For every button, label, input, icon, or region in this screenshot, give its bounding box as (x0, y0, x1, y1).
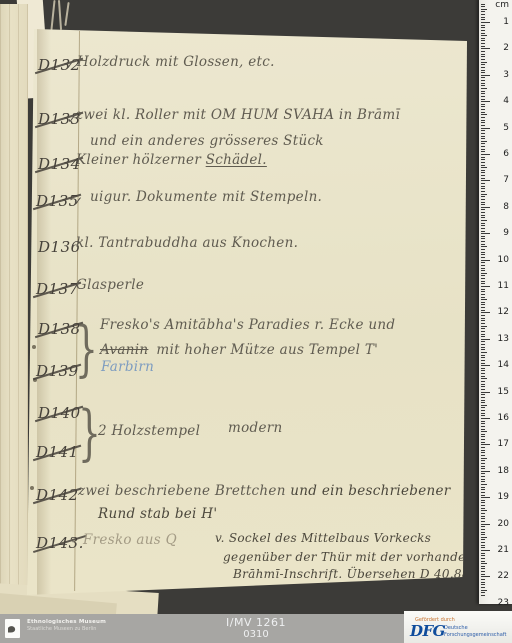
ruler-tick (481, 270, 485, 271)
ruler-tick (481, 304, 485, 305)
ruler-tick (481, 576, 490, 577)
ruler-tick (481, 582, 485, 583)
ruler: cm 1234567891011121314151617181920212223 (479, 0, 512, 604)
ruler-tick (481, 407, 485, 408)
ruler-tick (481, 452, 485, 453)
ruler-tick (481, 67, 485, 68)
dfg-logo: DFG (410, 622, 445, 640)
ruler-tick (481, 555, 485, 556)
ruler-tick (481, 508, 485, 509)
ruler-tick (481, 17, 485, 18)
ruler-tick (481, 397, 485, 398)
check-mark: ✓ (65, 58, 75, 72)
ruler-tick (481, 547, 485, 548)
ruler-tick (481, 59, 485, 60)
ruler-tick (481, 238, 485, 239)
ruler-tick (481, 392, 490, 393)
ruler-tick (481, 532, 485, 533)
ruler-tick (481, 568, 485, 569)
ruler-tick (481, 260, 490, 261)
entry-text-d133-line2: und ein anderes grösseres Stück (90, 134, 324, 149)
ruler-tick (481, 143, 485, 144)
ruler-tick (481, 468, 485, 469)
ruler-tick (481, 595, 485, 596)
ruler-tick (481, 447, 485, 448)
entry-text-d140: 2 Holzstempel (98, 424, 200, 439)
ruler-tick (481, 502, 485, 503)
ruler-tick (481, 51, 485, 52)
binding-thread (58, 0, 62, 30)
ruler-number: 8 (503, 202, 509, 212)
ruler-tick (481, 357, 485, 358)
ruler-tick (481, 246, 487, 247)
ruler-tick (481, 402, 485, 403)
museum-name: Ethnologisches Museum (27, 619, 106, 625)
ruler-tick (481, 283, 485, 284)
ruler-tick (481, 526, 485, 527)
ruler-tick (481, 43, 485, 44)
ruler-tick (481, 48, 490, 49)
ruler-tick (481, 149, 485, 150)
ruler-tick (481, 471, 490, 472)
museum-logo-glyph (5, 619, 20, 638)
ruler-tick (481, 487, 485, 488)
ruler-tick (481, 299, 487, 300)
binding-thread (64, 2, 69, 26)
ruler-tick (481, 254, 485, 255)
ruler-tick (481, 175, 485, 176)
ruler-tick (481, 473, 485, 474)
ruler-tick (481, 77, 485, 78)
ruler-tick (481, 341, 485, 342)
facing-page-edge (0, 4, 28, 616)
ruler-number: 4 (503, 96, 509, 106)
ruler-tick (481, 413, 485, 414)
ruler-tick (481, 202, 485, 203)
ruler-tick (481, 355, 485, 356)
ruler-tick (481, 423, 485, 424)
ruler-tick (481, 146, 485, 147)
entry-text-d133-line1: zwei kl. Roller mit OM HUM SVAHA in Brām… (76, 108, 400, 123)
ruler-tick (481, 62, 487, 63)
ruler-tick (481, 96, 485, 97)
ruler-number: 3 (503, 70, 509, 80)
ruler-tick (481, 584, 485, 585)
ruler-tick (481, 128, 490, 129)
ruler-tick (481, 199, 485, 200)
binding-thread (50, 0, 55, 30)
ruler-tick (481, 484, 487, 485)
ruler-tick (481, 455, 485, 456)
ruler-tick (481, 381, 485, 382)
ruler-tick (481, 99, 485, 100)
ruler-unit-label: cm (495, 0, 509, 10)
entry-text-d138-line1: Fresko's Amitābha's Paradies r. Ecke und (100, 318, 395, 333)
ruler-tick (481, 463, 485, 464)
entry-text-part: Kleiner hölzerner (76, 152, 206, 168)
ruler-tick (481, 450, 485, 451)
binding-hole (32, 345, 36, 349)
ruler-tick (481, 33, 485, 34)
ruler-tick (481, 249, 485, 250)
ruler-tick (481, 27, 485, 28)
entry-text-part: zwei beschriebene Brettchen (78, 483, 290, 499)
ruler-tick (481, 492, 485, 493)
ruler-tick (481, 46, 485, 47)
ruler-tick (481, 363, 485, 364)
ruler-tick (481, 323, 485, 324)
entry-number-d136: D136 (38, 238, 81, 256)
ruler-tick (481, 373, 485, 374)
ruler-number: 6 (503, 149, 509, 159)
entry-text-d142-line1: zwei beschriebene Brettchen und ein besc… (78, 484, 451, 499)
ruler-tick (481, 539, 485, 540)
entry-text-d143-line1: v. Sockel des Mittelbaus Vorkecks (215, 532, 431, 545)
ruler-tick (481, 415, 485, 416)
ruler-tick (481, 553, 485, 554)
ruler-tick (481, 334, 485, 335)
ruler-tick (481, 278, 485, 279)
ruler-number: 21 (498, 545, 509, 555)
entry-number-d137: D137 (36, 280, 79, 298)
ruler-tick (481, 194, 487, 195)
ruler-tick (481, 19, 485, 20)
ruler-tick (481, 561, 485, 562)
ruler-tick (481, 141, 487, 142)
ruler-tick (481, 117, 485, 118)
ruler-tick (481, 91, 485, 92)
ruler-tick (481, 328, 485, 329)
ruler-tick (481, 138, 485, 139)
ruler-number: 9 (503, 228, 509, 238)
entry-number-d140: D140 (38, 404, 81, 422)
dfg-org-line2: Forschungsgemeinschaft (444, 632, 506, 638)
ruler-tick (481, 365, 490, 366)
entry-text-d143-faint: Fresko aus Q (83, 533, 177, 548)
ruler-tick (481, 54, 485, 55)
entry-number-d142: D142 (36, 486, 79, 504)
ruler-tick (481, 228, 485, 229)
entry-text-d136: kl. Tantrabuddha aus Knochen. (76, 236, 298, 251)
ruler-tick (481, 529, 485, 530)
ruler-tick (481, 75, 490, 76)
ruler-number: 2 (503, 43, 509, 53)
ruler-tick (481, 120, 485, 121)
ruler-tick (481, 495, 485, 496)
ruler-tick (481, 22, 490, 23)
ruler-tick (481, 186, 485, 187)
ruler-tick (481, 524, 490, 525)
ruler-tick (481, 400, 485, 401)
ruler-tick (481, 257, 485, 258)
ruler-tick (481, 104, 485, 105)
dfg-logo-patch: Gefördert durch DFG Deutsche Forschungsg… (404, 611, 512, 643)
ruler-tick (481, 209, 485, 210)
ruler-tick (481, 101, 490, 102)
grouping-brace: } (75, 313, 98, 385)
ruler-tick (481, 64, 485, 65)
ruler-tick (481, 481, 485, 482)
entry-text-d138-line2: Avaninmit hoher Mütze aus Tempel T' (100, 343, 378, 358)
ruler-tick (481, 339, 490, 340)
entry-number-d134: D134 (38, 155, 81, 173)
ruler-tick (481, 431, 487, 432)
ruler-tick (481, 592, 485, 593)
ruler-tick (481, 56, 485, 57)
ruler-number: 7 (503, 175, 509, 185)
ruler-tick (481, 30, 485, 31)
ruler-tick (481, 587, 485, 588)
ruler-tick (481, 571, 485, 572)
ruler-tick (481, 88, 487, 89)
ruler-tick (481, 114, 487, 115)
ruler-tick (481, 318, 485, 319)
ruler-tick (481, 165, 485, 166)
ruler-tick (481, 574, 485, 575)
ruler-number: 20 (498, 519, 509, 529)
ruler-tick (481, 426, 485, 427)
ruler-tick (481, 347, 485, 348)
entry-text-part: mit hoher Mütze aus Tempel T' (156, 342, 378, 358)
ruler-tick (481, 244, 485, 245)
entry-text-d137: Glasperle (76, 278, 144, 293)
ruler-tick (481, 579, 485, 580)
ruler-tick (481, 162, 485, 163)
entry-number-d141: D141 (36, 443, 79, 461)
ruler-tick (481, 590, 487, 591)
ruler-tick (481, 476, 485, 477)
ruler-tick (481, 40, 485, 41)
ruler-tick (481, 122, 485, 123)
ruler-tick (481, 25, 485, 26)
ruler-tick (481, 410, 485, 411)
ruler-tick (481, 439, 485, 440)
ruler-tick (481, 444, 490, 445)
ruler-tick (481, 252, 485, 253)
notebook-page: D132 ✓ Holzdruck mit Glossen, etc. D133 … (27, 29, 470, 595)
ruler-tick (481, 191, 485, 192)
ruler-tick (481, 231, 485, 232)
ruler-tick (481, 170, 485, 171)
ruler-tick (481, 268, 485, 269)
dfg-org-line1: Deutsche (444, 625, 468, 631)
ruler-tick (481, 291, 485, 292)
ruler-tick (481, 159, 485, 160)
ruler-tick (481, 38, 485, 39)
ruler-tick (481, 125, 485, 126)
ruler-tick (481, 178, 485, 179)
entry-text-d135: uigur. Dokumente mit Stempeln. (90, 190, 322, 205)
ruler-tick (481, 386, 485, 387)
ruler-tick (481, 307, 485, 308)
ruler-tick (481, 558, 485, 559)
ruler-tick (481, 157, 485, 158)
ruler-tick (481, 542, 485, 543)
ruler-tick (481, 83, 485, 84)
ruler-tick (481, 513, 485, 514)
entry-text-d134: Kleiner hölzerner Schädel. (76, 153, 267, 168)
ruler-tick (481, 106, 485, 107)
ruler-tick (481, 466, 485, 467)
ruler-tick (481, 109, 485, 110)
ruler-tick (481, 196, 485, 197)
ruler-tick (481, 489, 485, 490)
ruler-tick (481, 421, 485, 422)
ruler-tick (481, 289, 485, 290)
ruler-tick (481, 207, 490, 208)
museum-org: Staatliche Museen zu Berlin (27, 626, 96, 632)
entry-number-d139: D139 (36, 362, 79, 380)
ruler-tick (481, 273, 487, 274)
ruler-tick (481, 180, 490, 181)
ruler-tick (481, 497, 490, 498)
ruler-number: 23 (498, 598, 509, 608)
ruler-number: 10 (498, 255, 509, 265)
ruler-tick (481, 352, 487, 353)
ruler-tick (481, 130, 485, 131)
check-mark: ✓ (73, 194, 83, 208)
underlined-word: Schädel. (206, 152, 267, 168)
ruler-number: 1 (503, 17, 509, 27)
ruler-number: 14 (498, 360, 509, 370)
ruler-tick (481, 500, 485, 501)
ruler-tick (481, 297, 485, 298)
ruler-tick (481, 458, 487, 459)
archive-reference-id: I/MV 1261 (226, 616, 286, 629)
ruler-tick (481, 262, 485, 263)
ruler-tick (481, 429, 485, 430)
ruler-tick (481, 14, 485, 15)
ruler-tick (481, 331, 485, 332)
ruler-tick (481, 537, 487, 538)
ruler-tick (481, 336, 485, 337)
ruler-tick (481, 510, 487, 511)
ruler-number: 18 (498, 466, 509, 476)
ruler-tick (481, 479, 485, 480)
ruler-tick (481, 460, 485, 461)
ruler-number: 13 (498, 334, 509, 344)
ruler-tick (481, 136, 485, 137)
ruler-tick (481, 154, 490, 155)
ruler-tick (481, 70, 485, 71)
ruler-tick (481, 384, 485, 385)
ruler-tick (481, 389, 485, 390)
ruler-tick (481, 378, 487, 379)
ruler-tick (481, 349, 485, 350)
ruler-number: 11 (498, 281, 509, 291)
ruler-tick (481, 6, 485, 7)
ruler-number: 12 (498, 307, 509, 317)
ruler-tick (481, 368, 485, 369)
ruler-tick (481, 521, 485, 522)
ruler-tick (481, 241, 485, 242)
ruler-tick (481, 35, 487, 36)
ruler-tick (481, 394, 485, 395)
ruler-tick (481, 405, 487, 406)
ruler-tick (481, 112, 485, 113)
ruler-number: 5 (503, 123, 509, 133)
ruler-number: 15 (498, 387, 509, 397)
entry-text-d142-line2: Rund stab bei H' (98, 507, 217, 522)
ruler-tick (481, 225, 485, 226)
ruler-tick (481, 85, 485, 86)
ruler-tick (481, 220, 487, 221)
ruler-tick (481, 80, 485, 81)
ruler-tick (481, 516, 485, 517)
ruler-tick (481, 172, 485, 173)
ruler-tick (481, 326, 487, 327)
ruler-tick (481, 302, 485, 303)
ruler-tick (481, 320, 485, 321)
ruler-tick (481, 370, 485, 371)
ruler-tick (481, 236, 485, 237)
ruler-tick (481, 294, 485, 295)
ruler-tick (481, 434, 485, 435)
ruler-tick (481, 360, 485, 361)
entry-text-part-ink: und ein beschriebener (290, 483, 450, 499)
ruler-number: 19 (498, 492, 509, 502)
ruler-tick (481, 11, 485, 12)
ruler-tick (481, 217, 485, 218)
ruler-tick (481, 204, 485, 205)
ruler-tick (481, 312, 490, 313)
ruler-tick (481, 442, 485, 443)
ruler-tick (481, 376, 485, 377)
ruler-number: 16 (498, 413, 509, 423)
blue-correction-word: Farbirn (101, 360, 154, 375)
ruler-tick (481, 563, 487, 564)
ruler-tick (481, 133, 485, 134)
museum-logo (5, 619, 20, 638)
archive-page-number: 0310 (243, 629, 268, 640)
ruler-tick (481, 315, 485, 316)
entry-text-d143-line3: Brāhmī-Inschrift. Übersehen D 40.88 (233, 568, 470, 581)
ruler-tick (481, 167, 487, 168)
ruler-tick (481, 215, 485, 216)
ruler-tick (481, 566, 485, 567)
ruler-tick (481, 183, 485, 184)
ruler-tick (481, 93, 485, 94)
ruler-number: 17 (498, 439, 509, 449)
ruler-tick (481, 344, 485, 345)
entry-number-d143: D143. (36, 534, 84, 552)
binding-hole (30, 486, 34, 490)
ruler-tick (481, 418, 490, 419)
ruler-tick (481, 151, 485, 152)
entry-note-modern: modern (228, 421, 283, 436)
ruler-tick (481, 212, 485, 213)
ruler-tick (481, 286, 490, 287)
ruler-number: 22 (498, 571, 509, 581)
entry-text-d143-line2: gegenüber der Thür mit der vorhandenen (223, 551, 489, 564)
ruler-tick (481, 550, 490, 551)
ruler-tick (481, 223, 485, 224)
ruler-tick (481, 310, 485, 311)
crossed-out-word: Avanin (100, 342, 148, 358)
ruler-tick (481, 188, 485, 189)
scanned-catalog-photo: D132 ✓ Holzdruck mit Glossen, etc. D133 … (0, 0, 512, 643)
ruler-tick (481, 534, 485, 535)
ruler-tick (481, 275, 485, 276)
ruler-tick (481, 281, 485, 282)
ruler-tick (481, 9, 487, 10)
ruler-tick (481, 518, 485, 519)
ruler-tick (481, 4, 485, 5)
entry-text-d132: Holzdruck mit Glossen, etc. (77, 55, 275, 70)
ruler-tick (481, 233, 490, 234)
ruler-tick (481, 505, 485, 506)
ruler-tick (481, 436, 485, 437)
